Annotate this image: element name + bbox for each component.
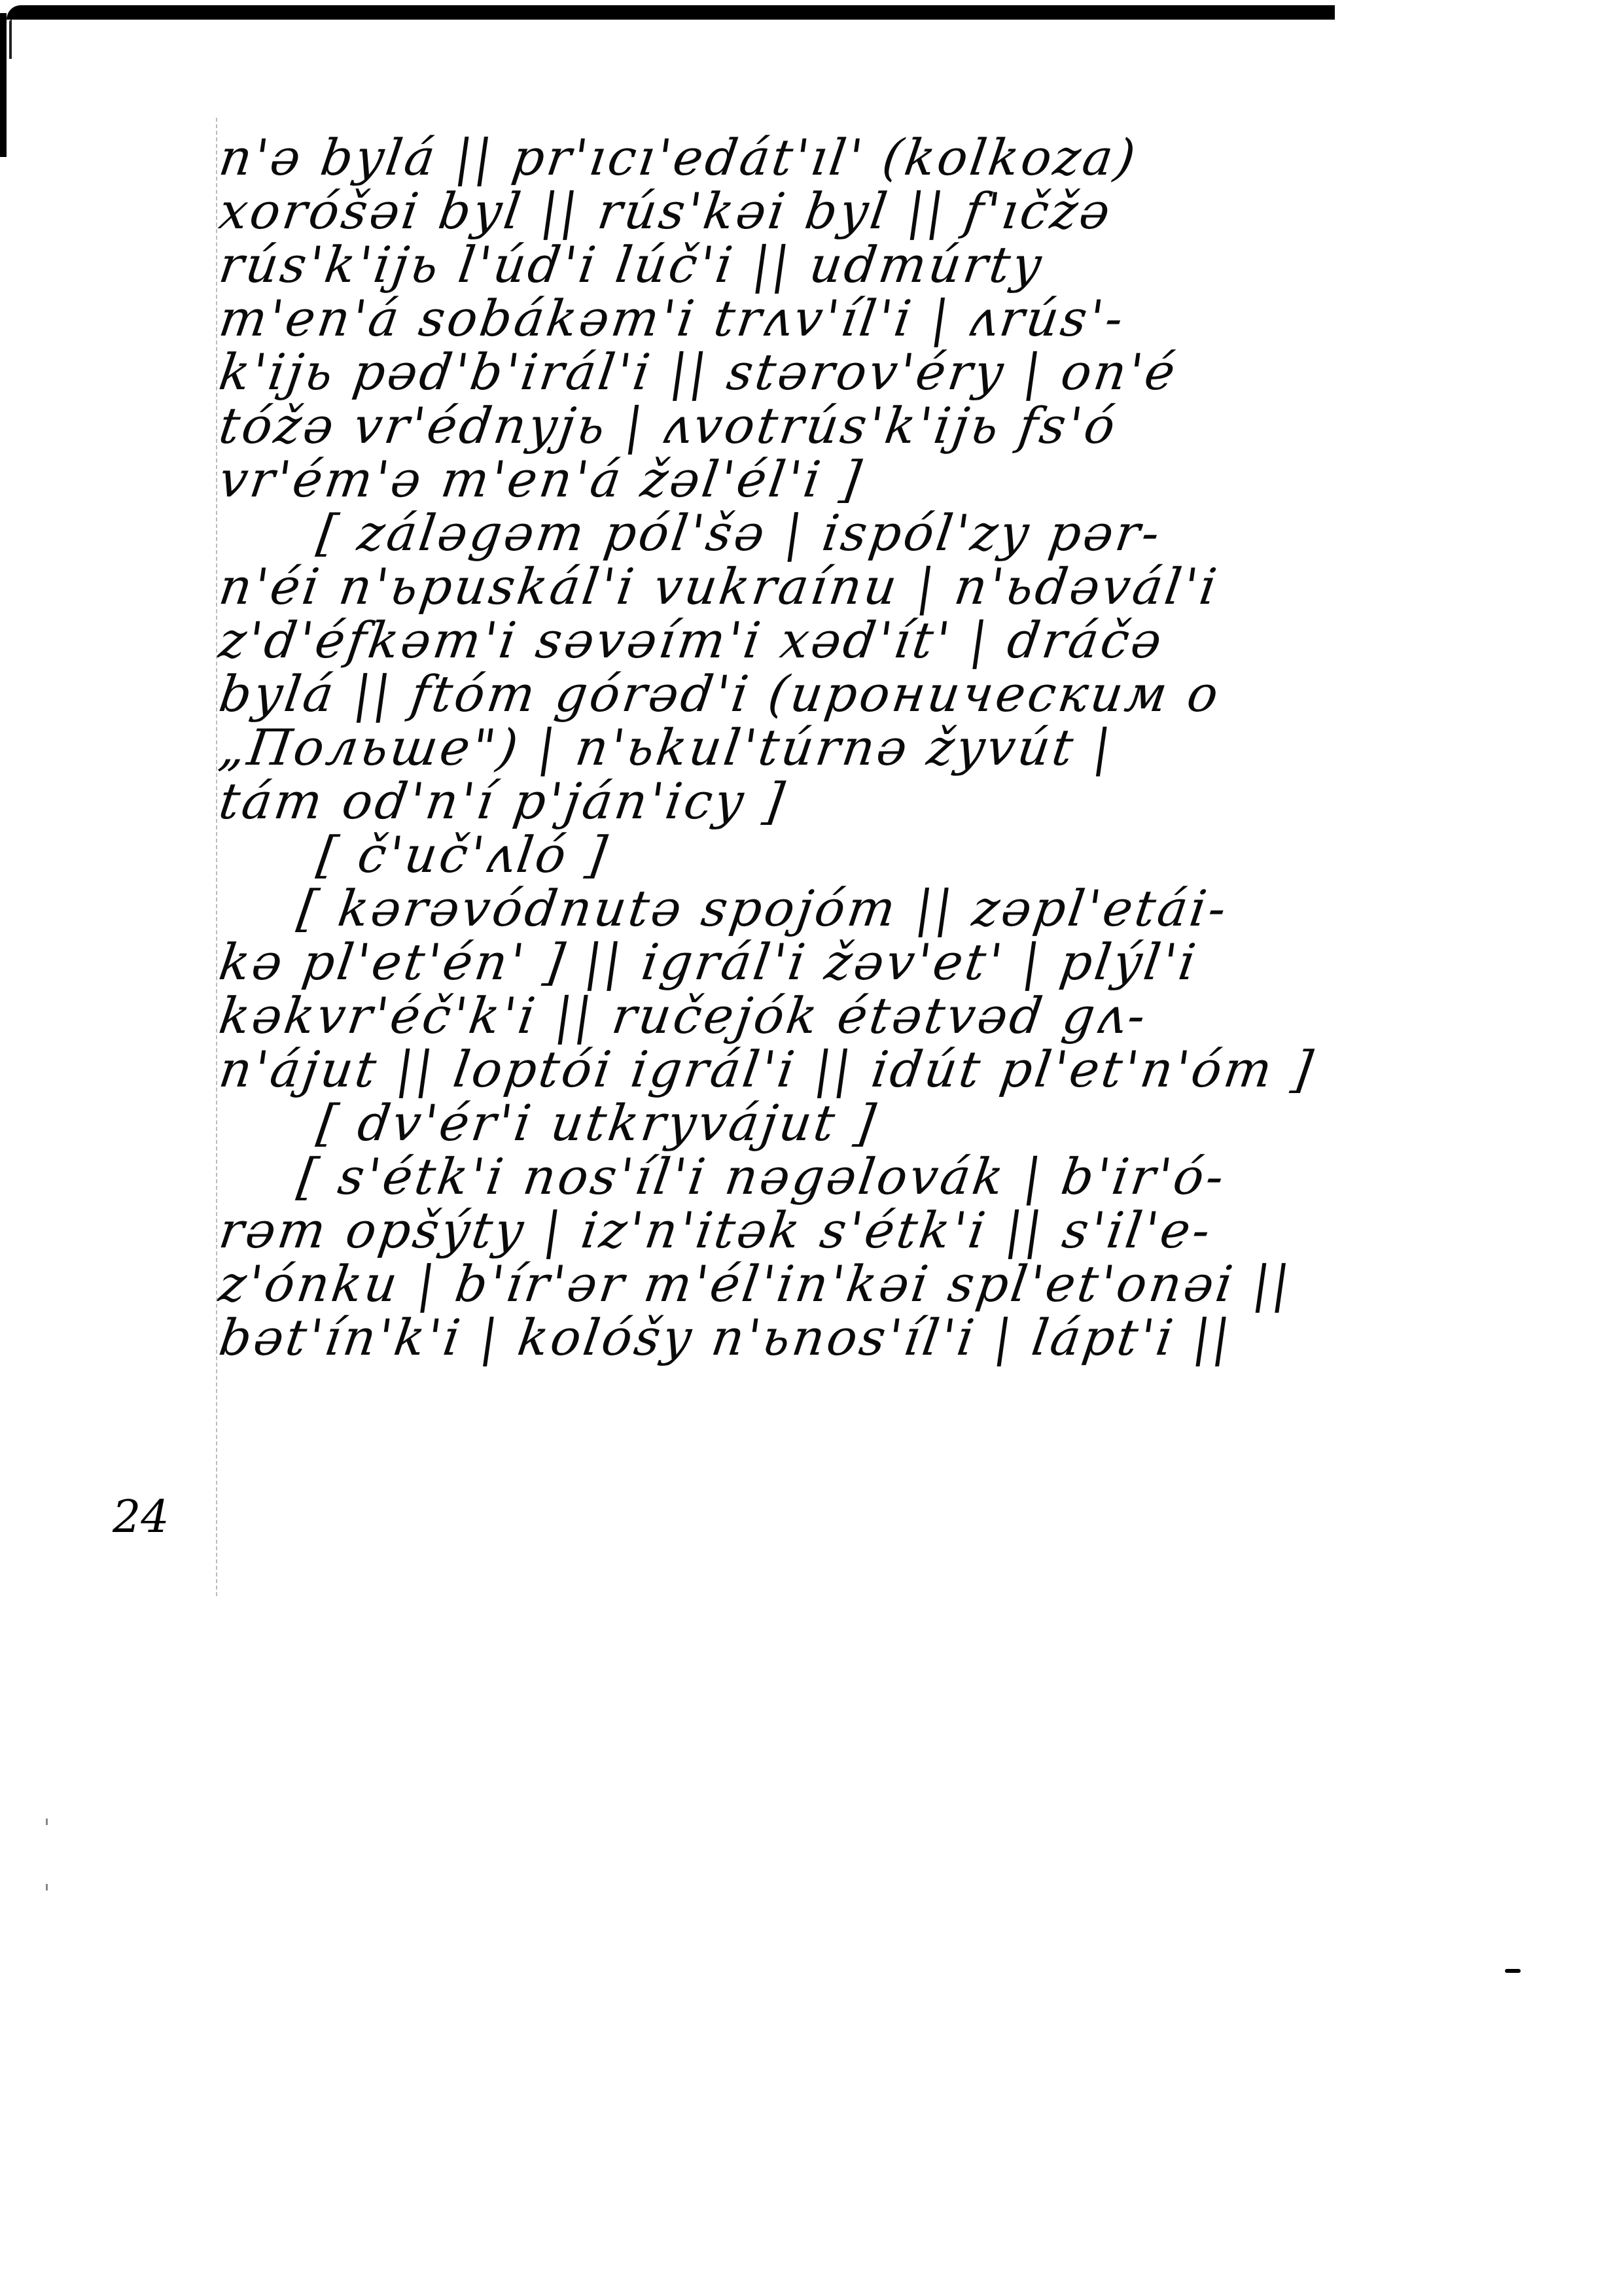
manuscript-line: [ zálәgəm pól'šə | ispól'zy pər-	[216, 506, 1336, 560]
scan-left-border-inner	[9, 20, 12, 59]
manuscript-line: tóžə vr'édnyjь | ʌvotrús'k'ijь fs'ó	[216, 399, 1336, 453]
manuscript-line: [ dv'ér'i utkryvájut ]	[216, 1096, 1336, 1150]
manuscript-line: k'ijь pəd'b'irál'i || stərov'éry | on'é	[216, 345, 1336, 399]
manuscript-line: n'ə bylá || pr'ıcı'edát'ıl' (kolkoza)	[216, 131, 1336, 184]
manuscript-line: [ kərəvódnutə spojóm || zəpl'etái-	[216, 882, 1336, 935]
scan-top-border	[7, 5, 1335, 20]
manuscript-line: [ č'uč'ʌló ]	[216, 828, 1336, 882]
manuscript-line: m'en'á sobákəm'i trʌv'íl'i | ʌrús'-	[216, 292, 1336, 345]
scan-artifact-dot	[46, 1884, 48, 1890]
manuscript-line: vr'ém'ə m'en'á žəl'él'i ]	[216, 453, 1336, 506]
manuscript-line: z'ónku | b'ír'ər m'él'in'kəi spl'et'onəi…	[216, 1257, 1336, 1311]
manuscript-line: xoróšəi byl || rús'kəi byl || f'ıčžə	[216, 184, 1336, 238]
manuscript-line: [ s'étk'i nos'íl'i nəgəlovák | b'ir'ó-	[216, 1150, 1336, 1204]
manuscript-line: tám od'n'í p'ján'icy ]	[216, 774, 1336, 828]
manuscript-line: bylá || ftóm górəd'i (ироническим о	[216, 667, 1336, 721]
manuscript-line: kə pl'et'én' ] || igrál'i žəv'et' | plýl…	[216, 935, 1336, 989]
manuscript-line: n'éi n'ьpuskál'i vukraínu | n'ьdəvál'i	[216, 560, 1336, 614]
manuscript-line: rús'k'ijь l'úd'i lúč'i || udmúrty	[216, 238, 1336, 292]
manuscript-line: rəm opšýty | iz'n'itək s'étk'i || s'il'e…	[216, 1204, 1336, 1257]
scan-artifact-mark	[1505, 1969, 1521, 1973]
scan-artifact-dot	[46, 1818, 48, 1825]
manuscript-body: n'ə bylá || pr'ıcı'edát'ıl' (kolkoza) xo…	[216, 131, 1328, 1365]
manuscript-line: z'd'éfkəm'i səvəím'i xəd'ít' | dráčə	[216, 614, 1336, 667]
manuscript-line: kəkvr'éč'k'i || ručejók étətvəd gʌ-	[216, 989, 1336, 1043]
manuscript-line: n'ájut || loptói igrál'i || idút pl'et'n…	[216, 1043, 1336, 1096]
manuscript-line: „Польше") | n'ьkul'túrnə žyvút |	[216, 721, 1336, 774]
scan-left-border	[0, 13, 7, 157]
manuscript-line: bət'ín'k'i | kolóšy n'ьnos'íl'i | lápt'i…	[216, 1311, 1336, 1365]
page-number: 24	[113, 1491, 169, 1543]
